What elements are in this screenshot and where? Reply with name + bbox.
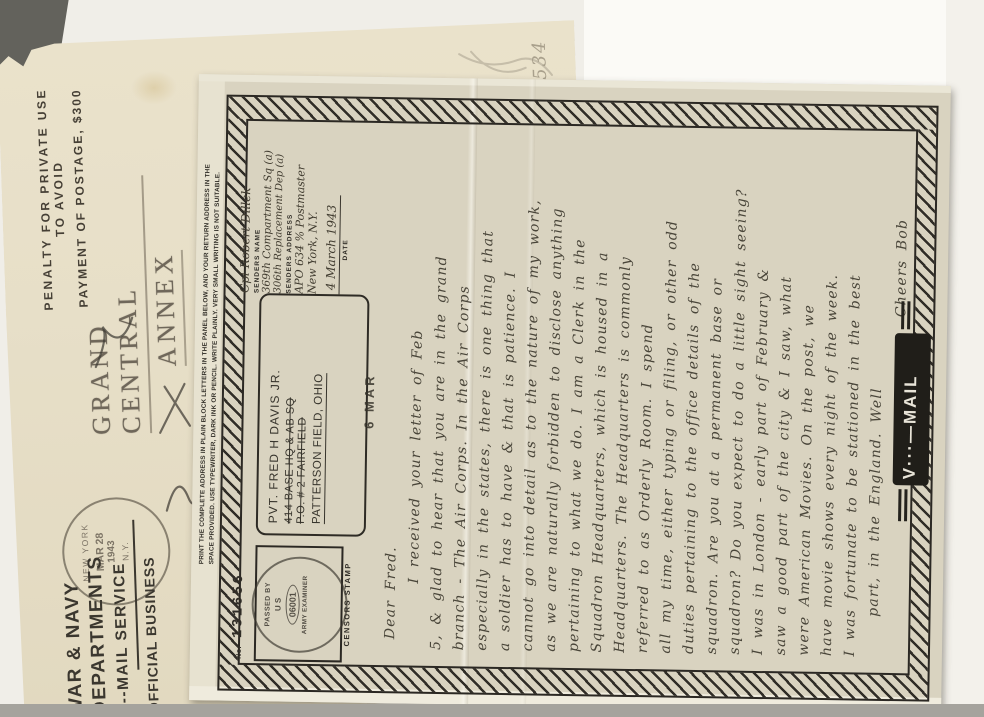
vmail-logo: V···—MAIL (893, 333, 931, 486)
vmail-rule (907, 301, 910, 329)
vmail-rule (904, 489, 907, 521)
address-panel: PVT. FRED H DAVIS JR. 414 BASE HQ & AB S… (256, 293, 370, 537)
address-text: PVT. FRED H DAVIS JR. 414 BASE HQ & AB S… (266, 309, 328, 524)
paper-stain (131, 70, 178, 106)
cancellation-grand-central: GRAND CENTRAL ANNEX (78, 174, 189, 435)
sender-name-written: Cpl Robert Dillek (238, 125, 255, 293)
vmail-rule (898, 489, 901, 521)
censor-stamp-box: PASSED BY U S 06001 ARMY EXAMINER (254, 545, 344, 662)
army-examiner-stamp-text: PASSED BY U S 06001 ARMY EXAMINER (264, 568, 309, 641)
sender-block: Cpl Robert Dillek SENDERS NAME 369th Com… (238, 125, 352, 295)
army-examiner-stamp: PASSED BY U S 06001 ARMY EXAMINER (251, 556, 348, 653)
vmail-logo-text: V···—MAIL (900, 339, 922, 479)
scan-background-right (946, 0, 984, 717)
receiving-date-stamp: 6 MAR (361, 347, 377, 429)
divider-line (132, 520, 139, 670)
vmail-rule (901, 301, 904, 329)
date-written: 4 March 1943 (324, 195, 342, 295)
scan-background (584, 0, 984, 88)
vmail-scan: PENALTY FOR PRIVATE USE TO AVOID PAYMENT… (0, 0, 984, 717)
censor-stamp-label: CENSORS STAMP (342, 534, 353, 646)
scanner-bed-strip (0, 704, 984, 717)
censor-number: No.131656 (228, 539, 248, 659)
vmail-letter-sheet: PRINT THE COMPLETE ADDRESS IN PLAIN BLOC… (189, 74, 951, 712)
return-address-block: WAR & NAVY DEPARTMENTS V--MAIL SERVICE O… (57, 455, 162, 716)
